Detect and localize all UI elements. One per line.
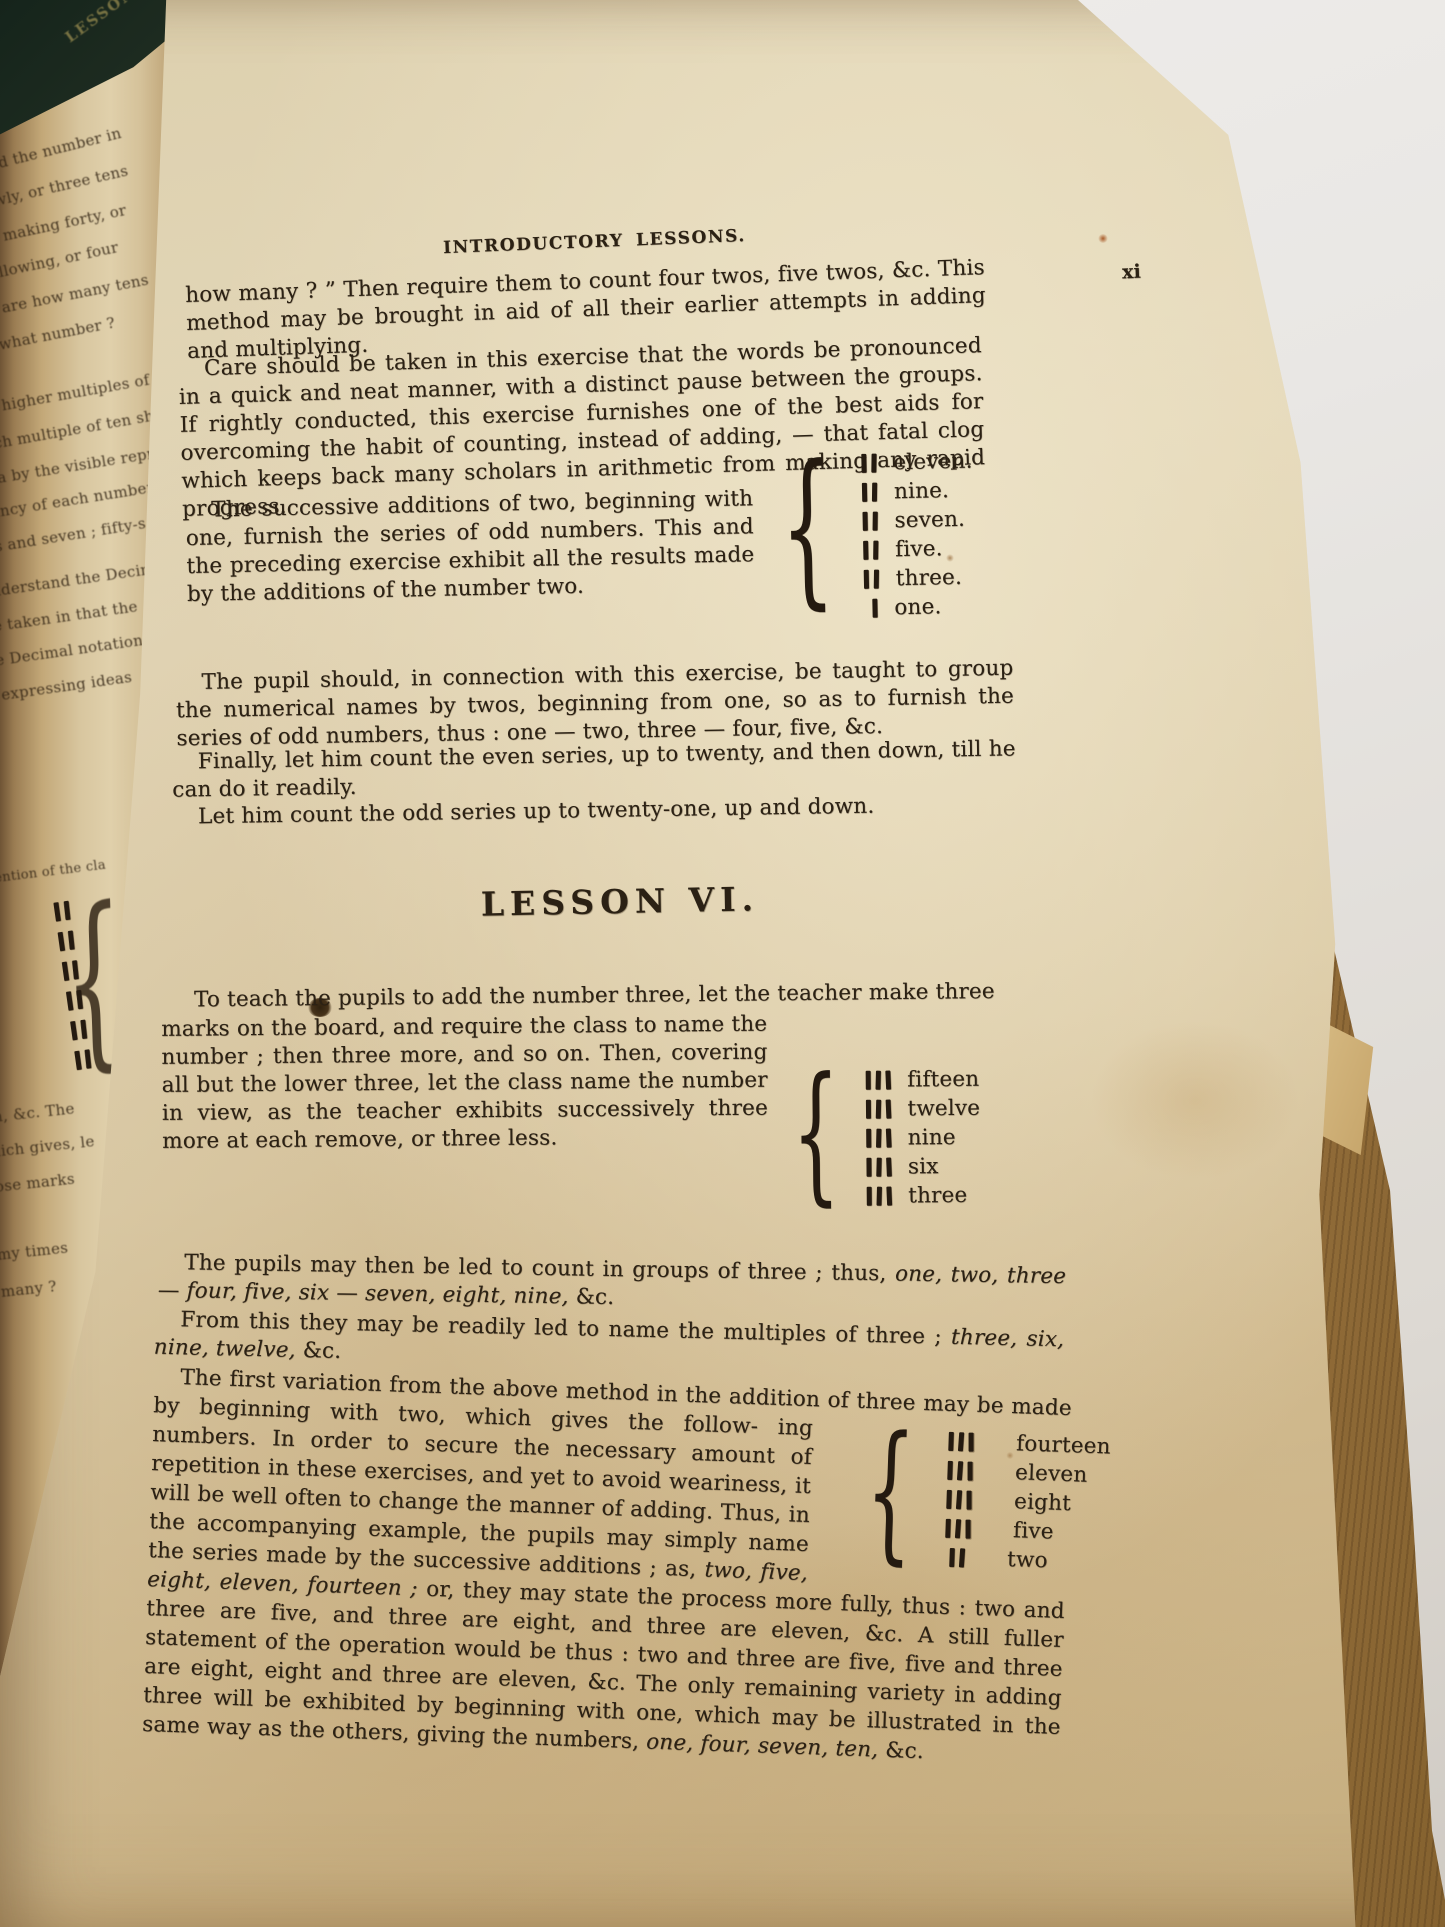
cover-text-fragment: LESSONS (62, 0, 149, 46)
tally-marks (946, 1432, 977, 1452)
tally-marks (50, 900, 72, 922)
tally-marks (944, 1490, 975, 1510)
tally-marks (862, 570, 882, 589)
tally-marks (864, 1158, 894, 1177)
adjacent-page-fragment: to see what number ? (0, 314, 117, 364)
tally-label: nine. (894, 477, 950, 506)
tally-marks (864, 1129, 894, 1148)
tally-row: eleven. (859, 447, 973, 478)
tally-marks (863, 1100, 893, 1119)
adjacent-page-fragment: my times (0, 1239, 69, 1264)
tally-label: eight (988, 1487, 1072, 1518)
tally-group-additions-of-two: The successive additions of two, beginni… (184, 443, 1053, 637)
tally-marks (870, 599, 880, 618)
adjacent-page-fragment: be taken in that the (0, 597, 139, 637)
paragraph: The successive additions of two, beginni… (184, 449, 755, 609)
tally-marks (860, 512, 880, 531)
tally-column: fourteen eleven eight five two (942, 1427, 1112, 1578)
tally-label: five. (895, 535, 943, 564)
tally-row: nine. (860, 476, 974, 507)
rust-speck (1098, 234, 1108, 243)
tally-marks (67, 1019, 89, 1041)
tally-label: seven. (894, 505, 965, 534)
tally-label: one. (894, 593, 942, 622)
brace-glyph: { (791, 1060, 840, 1206)
tally-row (70, 1043, 94, 1075)
tally-row (54, 924, 78, 956)
tally-row: three (864, 1181, 981, 1211)
foxing-stain (1090, 1020, 1300, 1180)
adjacent-page-fragment: many ? (0, 1277, 57, 1301)
tally-row (66, 1013, 90, 1045)
adjacent-page-fragment: ose marks (0, 1170, 76, 1196)
tally-row: seven. (860, 505, 974, 536)
text-run: or, they may state the process more full… (142, 1576, 1065, 1754)
tally-marks (943, 1519, 974, 1539)
tally-label: eleven. (893, 447, 973, 477)
tally-label: fourteen (990, 1429, 1111, 1461)
text-run: &c. (568, 1284, 614, 1310)
text-run: &c. (295, 1338, 341, 1364)
tally-row: five. (861, 534, 975, 565)
tally-label: five (987, 1516, 1054, 1546)
tally-label: nine (908, 1123, 956, 1151)
tally-group-variation-with-two: The first variation from the above metho… (142, 1362, 1073, 1771)
tally-marks (863, 1071, 893, 1090)
tally-float: { fourteen eleven eight five two (820, 1417, 1071, 1576)
adjacent-page-fragment: of expressing ideas (0, 668, 133, 707)
book-photo: LESSON IV. grouped the number in all slo… (0, 0, 1445, 1927)
lesson-heading: LESSON VI. (240, 881, 1000, 924)
tally-row (50, 894, 74, 926)
tally-row: two (942, 1543, 1107, 1578)
tally-column: eleven. nine. seven. five. three. one. (859, 447, 976, 623)
tally-row (62, 984, 86, 1016)
book-page: INTRODUCTORY LESSONS. xi how many ? ” Th… (0, 0, 1445, 1927)
tally-label: fifteen (907, 1065, 979, 1094)
tally-row: six (864, 1152, 981, 1182)
tally-row: twelve (863, 1094, 980, 1124)
tally-marks (861, 541, 881, 560)
tally-row: three. (861, 563, 975, 594)
adjacent-page-fragment: hich gives, le (0, 1132, 95, 1161)
tally-label: two (981, 1545, 1049, 1575)
tally-marks (860, 483, 880, 502)
tally-marks (864, 1187, 894, 1206)
tally-marks (947, 1548, 968, 1568)
tally-marks (55, 930, 77, 952)
tally-marks (71, 1048, 93, 1070)
tally-marks (63, 989, 85, 1011)
tally-row: one. (862, 592, 976, 623)
tally-label: twelve (907, 1094, 980, 1123)
tally-marks (59, 959, 81, 981)
tally-group-additions-of-three: marks on the board, and require the clas… (161, 1008, 1059, 1217)
running-head-title: INTRODUCTORY LESSONS. (443, 222, 747, 262)
adjacent-page-fragment: tens and seven ; fifty-s (0, 514, 147, 560)
adjacent-page-fragment: the Decimal notation is (0, 628, 162, 671)
page-number: xi (1122, 258, 1142, 287)
adjacent-page-fragment: n, &c. The (0, 1099, 75, 1125)
tally-label: three (908, 1181, 967, 1210)
tally-column: fifteen twelve nine six three (863, 1065, 981, 1211)
tally-marks (945, 1461, 976, 1481)
tally-row: nine (864, 1123, 981, 1153)
italic-run: one, four, seven, ten, (646, 1729, 879, 1762)
tally-marks (859, 454, 879, 473)
brace-glyph: { (851, 1418, 917, 1566)
paragraph: marks on the board, and require the clas… (161, 1011, 768, 1156)
tally-label: six (908, 1153, 939, 1181)
text-run: &c. (878, 1738, 925, 1765)
tally-label: three. (895, 563, 962, 592)
adjacent-page-fragment: Forty are how many tens (0, 271, 150, 326)
tally-row (58, 954, 82, 986)
tally-label: eleven (989, 1458, 1088, 1489)
brace-glyph: { (779, 448, 836, 607)
tally-row: fifteen (863, 1065, 980, 1095)
